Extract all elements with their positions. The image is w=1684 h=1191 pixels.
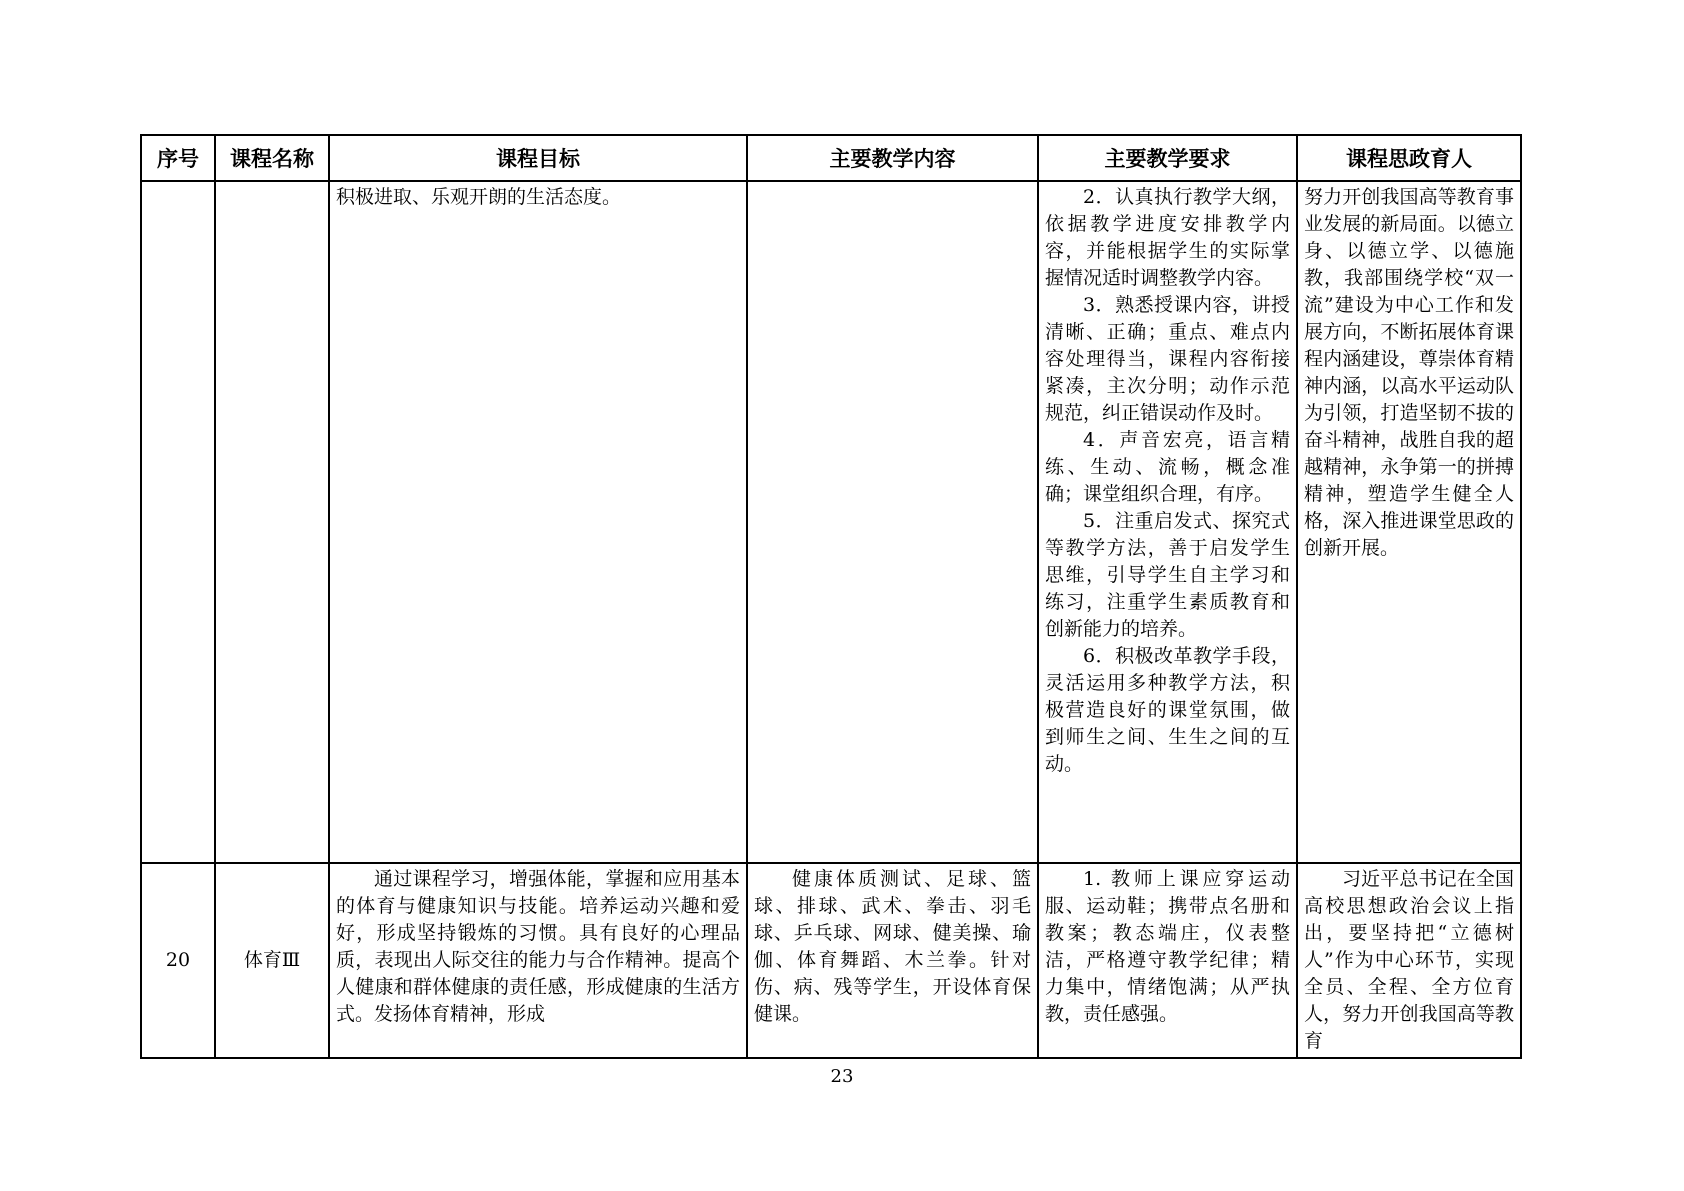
requirement-item-5: 5．注重启发式、探究式等教学方法，善于启发学生思维，引导学生自主学习和练习，注重… — [1045, 508, 1290, 643]
content-text: 健康体质测试、足球、篮球、排球、武术、拳击、羽毛球、乒乓球、网球、健美操、瑜伽、… — [754, 866, 1031, 1028]
cell-ideology-continuation: 努力开创我国高等教育事业发展的新局面。以德立身、以德立学、以德施教，我部围绕学校… — [1297, 181, 1521, 863]
requirement-item-2: 2．认真执行教学大纲，依据教学进度安排教学内容，并能根据学生的实际掌握情况适时调… — [1045, 184, 1290, 292]
cell-seq-20: 20 — [141, 863, 215, 1058]
col-header-content: 主要教学内容 — [747, 135, 1038, 181]
ideology-text: 习近平总书记在全国高校思想政治会议上指出，要坚持把“立德树人”作为中心环节，实现… — [1304, 866, 1514, 1055]
requirement-item-4: 4．声音宏亮，语言精练、生动、流畅，概念准确；课堂组织合理，有序。 — [1045, 427, 1290, 508]
page-number: 23 — [0, 1066, 1684, 1087]
cell-course-name-empty — [215, 181, 329, 863]
col-header-course-name: 课程名称 — [215, 135, 329, 181]
table-header-row: 序号 课程名称 课程目标 主要教学内容 主要教学要求 课程思政育人 — [141, 135, 1521, 181]
cell-requirements-continuation: 2．认真执行教学大纲，依据教学进度安排教学内容，并能根据学生的实际掌握情况适时调… — [1038, 181, 1297, 863]
table-row-continuation: 积极进取、乐观开朗的生活态度。 2．认真执行教学大纲，依据教学进度安排教学内容，… — [141, 181, 1521, 863]
course-table: 序号 课程名称 课程目标 主要教学内容 主要教学要求 课程思政育人 积极进取、乐… — [140, 134, 1522, 1059]
table-row-course-20: 20 体育Ⅲ 通过课程学习，增强体能，掌握和应用基本的体育与健康知识与技能。培养… — [141, 863, 1521, 1058]
document-page: 序号 课程名称 课程目标 主要教学内容 主要教学要求 课程思政育人 积极进取、乐… — [0, 0, 1684, 1191]
cell-objective-continuation: 积极进取、乐观开朗的生活态度。 — [329, 181, 747, 863]
col-header-seq: 序号 — [141, 135, 215, 181]
cell-ideology-tiyu3: 习近平总书记在全国高校思想政治会议上指出，要坚持把“立德树人”作为中心环节，实现… — [1297, 863, 1521, 1058]
objective-text: 积极进取、乐观开朗的生活态度。 — [336, 184, 740, 211]
col-header-requirements: 主要教学要求 — [1038, 135, 1297, 181]
col-header-objective: 课程目标 — [329, 135, 747, 181]
col-header-ideology: 课程思政育人 — [1297, 135, 1521, 181]
cell-content-empty — [747, 181, 1038, 863]
cell-content-tiyu3: 健康体质测试、足球、篮球、排球、武术、拳击、羽毛球、乒乓球、网球、健美操、瑜伽、… — [747, 863, 1038, 1058]
cell-requirements-tiyu3: 1. 教师上课应穿运动服、运动鞋；携带点名册和教案；教态端庄，仪表整洁，严格遵守… — [1038, 863, 1297, 1058]
cell-objective-tiyu3: 通过课程学习，增强体能，掌握和应用基本的体育与健康知识与技能。培养运动兴趣和爱好… — [329, 863, 747, 1058]
cell-course-name-tiyu3: 体育Ⅲ — [215, 863, 329, 1058]
objective-text: 通过课程学习，增强体能，掌握和应用基本的体育与健康知识与技能。培养运动兴趣和爱好… — [336, 866, 740, 1028]
requirement-item-3: 3．熟悉授课内容，讲授清晰、正确；重点、难点内容处理得当，课程内容衔接紧凑，主次… — [1045, 292, 1290, 427]
ideology-text: 努力开创我国高等教育事业发展的新局面。以德立身、以德立学、以德施教，我部围绕学校… — [1304, 184, 1514, 562]
requirement-item-6: 6．积极改革教学手段，灵活运用多种教学方法，积极营造良好的课堂氛围，做到师生之间… — [1045, 643, 1290, 778]
cell-seq-empty — [141, 181, 215, 863]
requirement-item-1: 1. 教师上课应穿运动服、运动鞋；携带点名册和教案；教态端庄，仪表整洁，严格遵守… — [1045, 866, 1290, 1028]
